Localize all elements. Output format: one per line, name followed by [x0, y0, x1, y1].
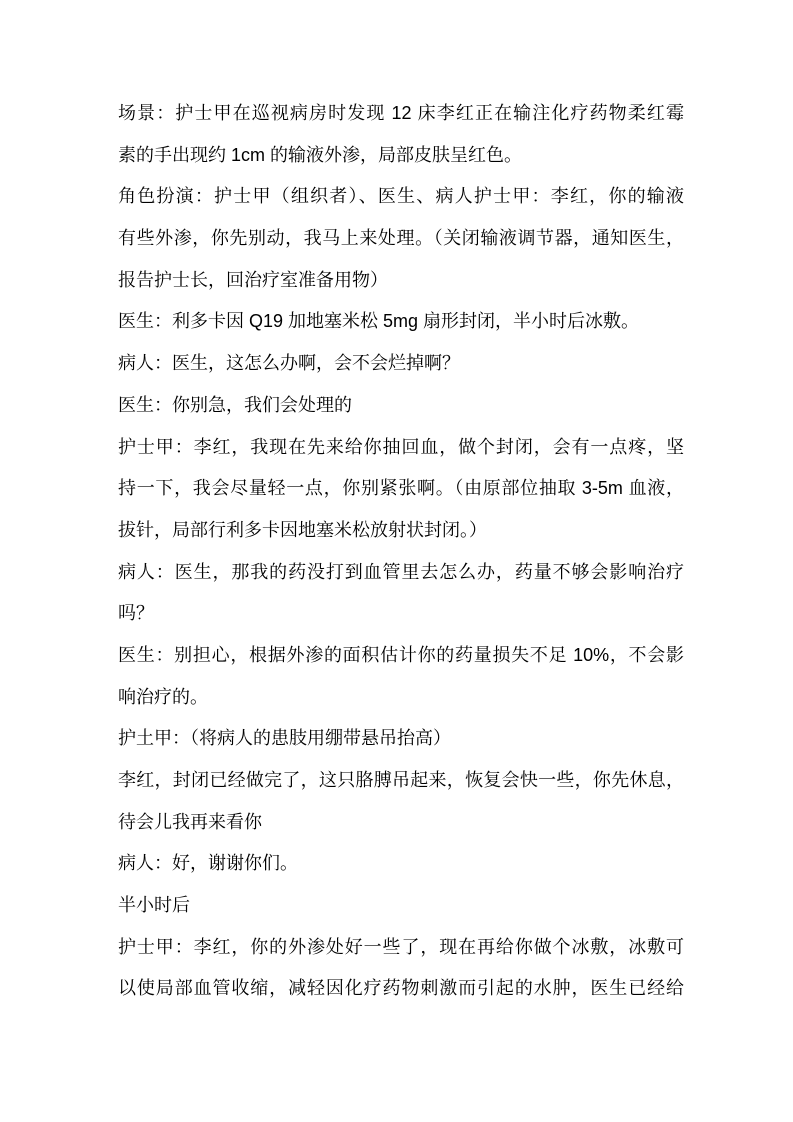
text-line: 以使局部血管收缩，减轻因化疗药物刺激而引起的水肿，医生已经给 [118, 968, 684, 1010]
text-line: 护士甲：李红，你的外渗处好一些了，现在再给你做个冰敷，冰敷可 [118, 927, 684, 969]
text-line: 有些外渗，你先别动，我马上来处理。（关闭输液调节器，通知医生， [118, 218, 684, 260]
text-line: 病人：好，谢谢你们。 [118, 843, 684, 885]
text-line: 待会儿我再来看你 [118, 802, 684, 844]
document-page: 场景：护士甲在巡视病房时发现 12 床李红正在输注化疗药物柔红霉素的手出现约 1… [0, 0, 793, 1122]
text-line: 医生：利多卡因 Q19 加地塞米松 5mg 扇形封闭，半小时后冰敷。 [118, 301, 684, 343]
text-line: 吗？ [118, 593, 684, 635]
text-line: 持一下，我会尽量轻一点，你别紧张啊。（由原部位抽取 3-5m 血液， [118, 468, 684, 510]
text-line: 护土甲：（将病人的患肢用绷带悬吊抬高） [118, 718, 684, 760]
text-line: 病人：医生，这怎么办啊，会不会烂掉啊？ [118, 343, 684, 385]
text-line: 场景：护士甲在巡视病房时发现 12 床李红正在输注化疗药物柔红霉 [118, 93, 684, 135]
text-line: 半小时后 [118, 885, 684, 927]
text-line: 医生：你别急，我们会处理的 [118, 385, 684, 427]
text-line: 李红，封闭已经做完了，这只胳膊吊起来，恢复会快一些，你先休息， [118, 760, 684, 802]
text-line: 病人：医生，那我的药没打到血管里去怎么办，药量不够会影响治疗 [118, 552, 684, 594]
script-text-block: 场景：护士甲在巡视病房时发现 12 床李红正在输注化疗药物柔红霉素的手出现约 1… [118, 93, 684, 1010]
text-line: 报告护士长，回治疗室准备用物） [118, 260, 684, 302]
text-line: 素的手出现约 1cm 的输液外渗，局部皮肤呈红色。 [118, 135, 684, 177]
text-line: 角色扮演：护士甲（组织者）、医生、病人护士甲：李红，你的输液 [118, 176, 684, 218]
text-line: 护士甲：李红，我现在先来给你抽回血，做个封闭，会有一点疼，坚 [118, 427, 684, 469]
text-line: 响治疗的。 [118, 677, 684, 719]
text-line: 医生：别担心，根据外渗的面积估计你的药量损失不足 10%，不会影 [118, 635, 684, 677]
text-line: 拔针，局部行利多卡因地塞米松放射状封闭。） [118, 510, 684, 552]
